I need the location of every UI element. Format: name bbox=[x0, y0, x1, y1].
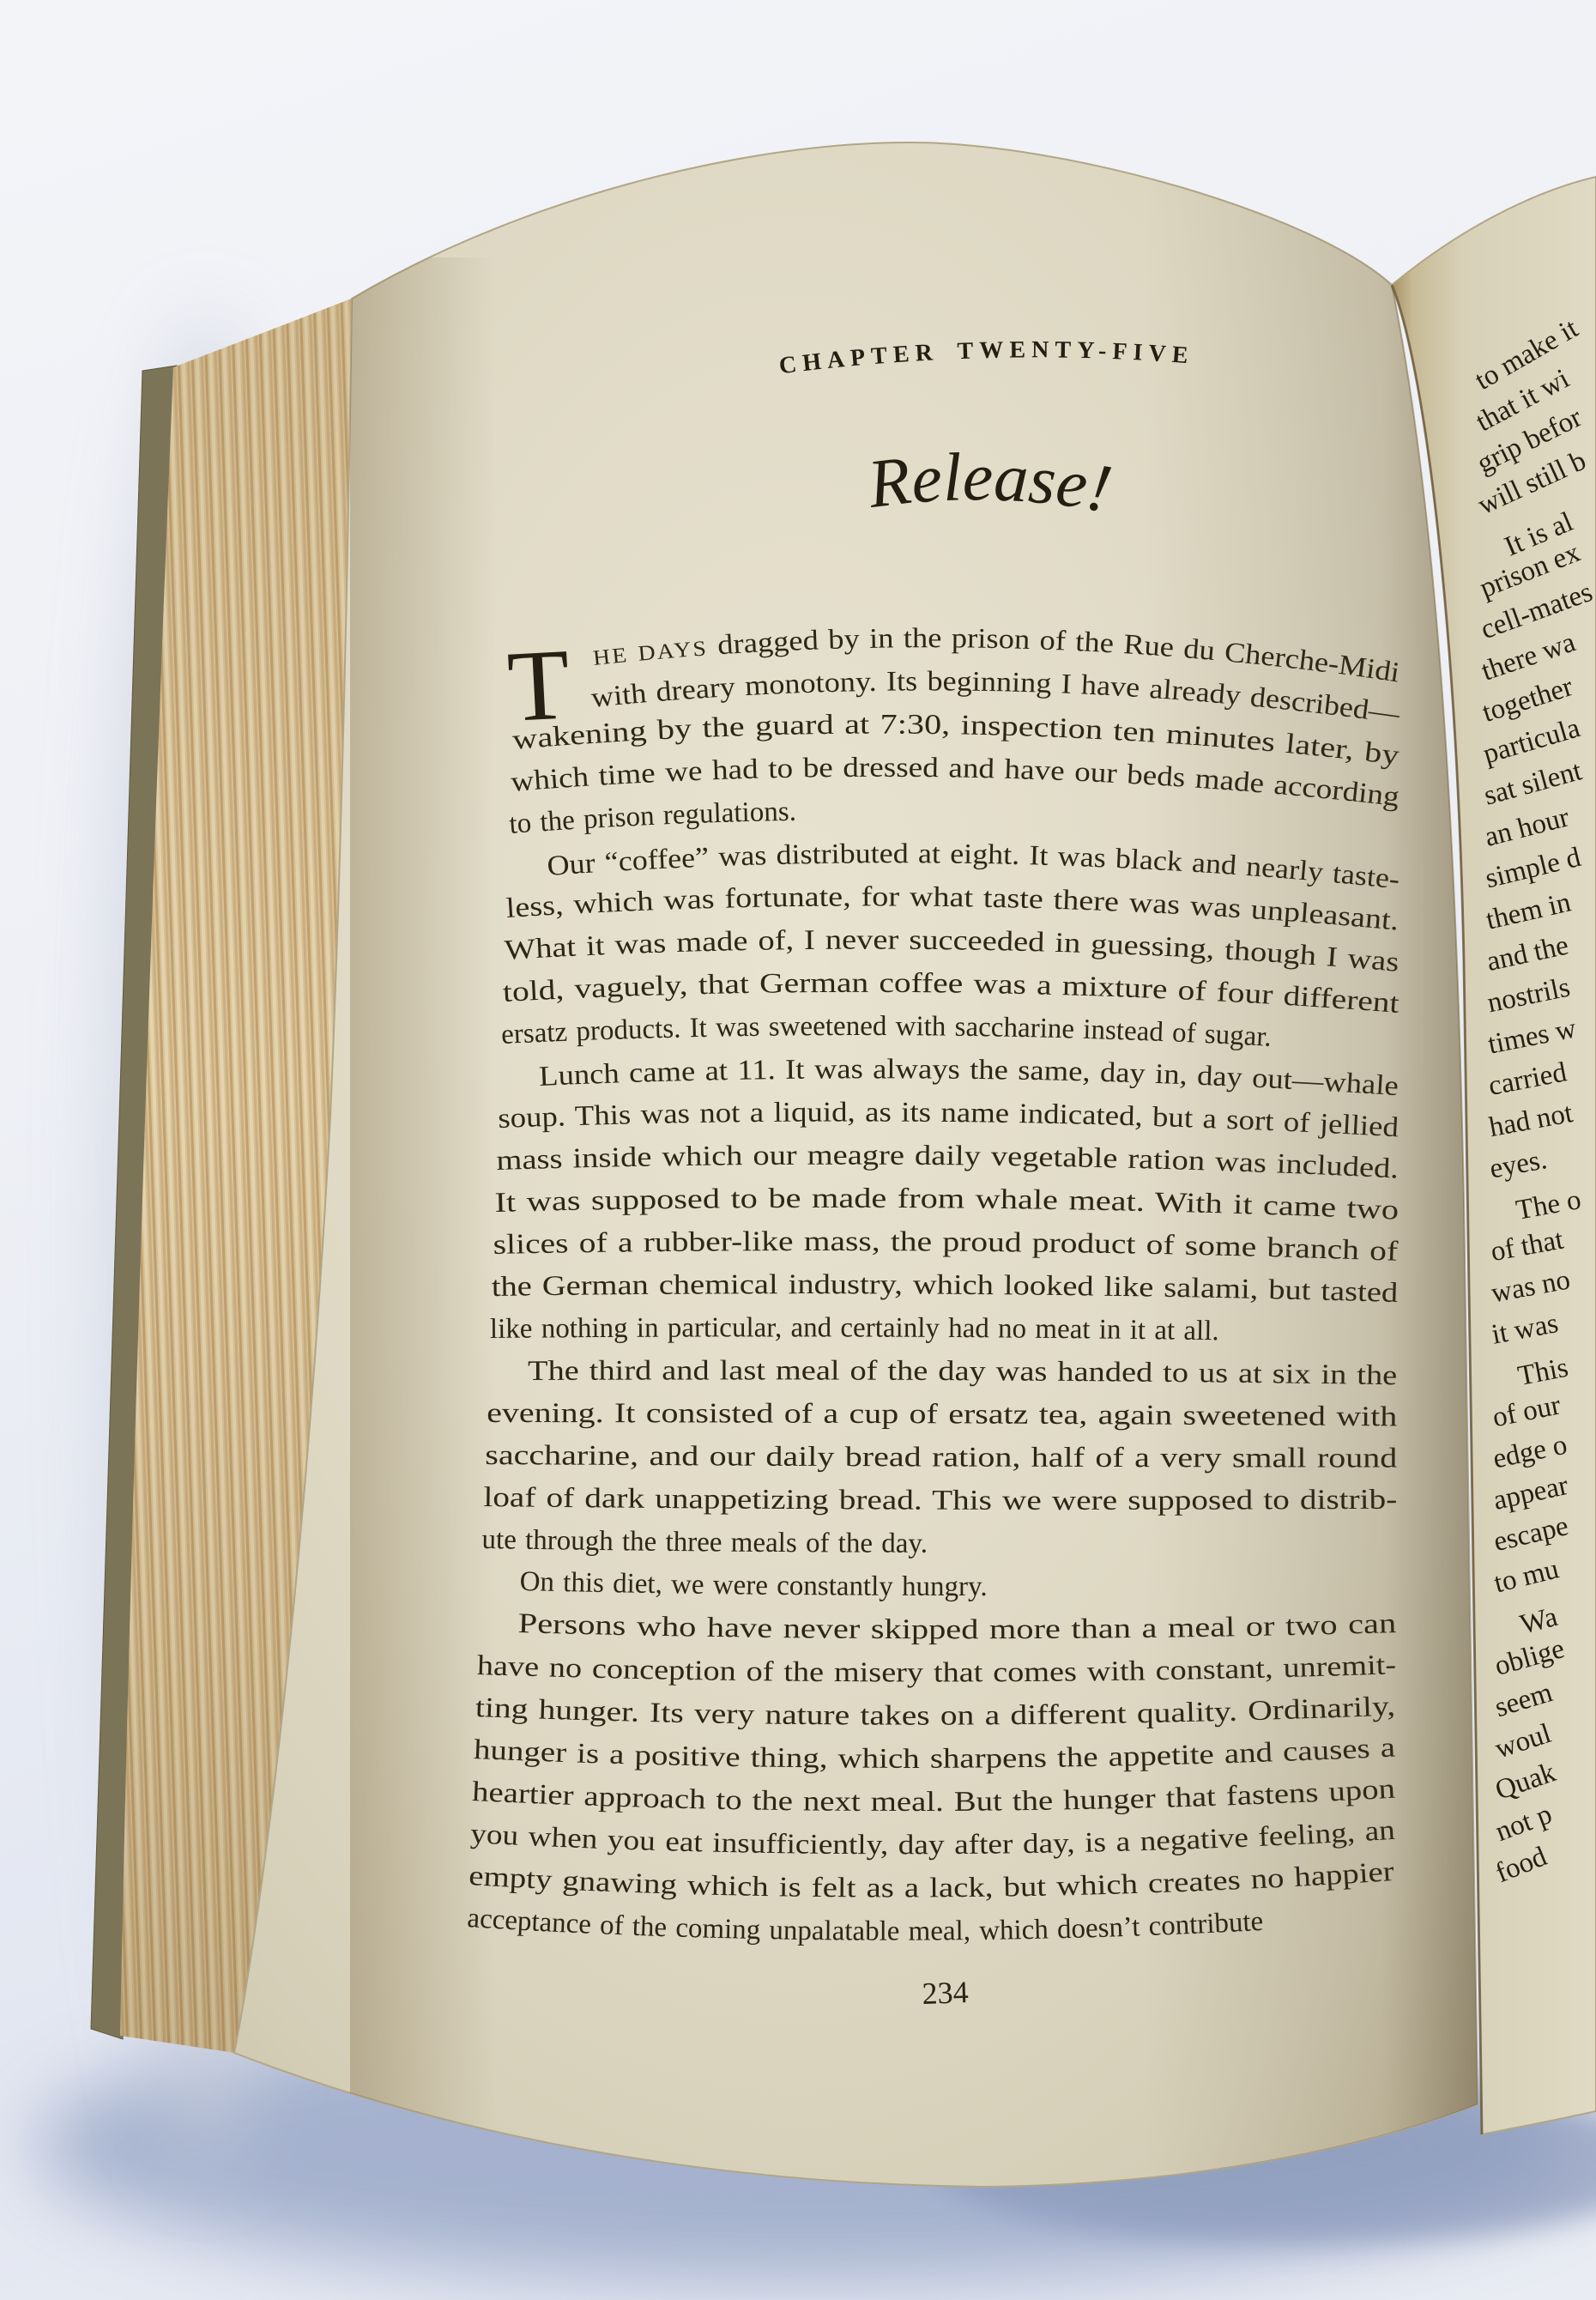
body-text-line: like nothing in particular, and certainl… bbox=[490, 1312, 1219, 1347]
page-number: 234 bbox=[922, 1975, 969, 2011]
book-photo: CHAPTER TWENTY-FIVE Release! T HE DAYS d… bbox=[0, 0, 1596, 2300]
body-text-line: On this diet, we were constantly hungry. bbox=[519, 1566, 987, 1602]
chapter-title: Release! bbox=[863, 439, 1117, 527]
body-text-line: ute through the three meals of the day. bbox=[481, 1524, 928, 1559]
open-book: CHAPTER TWENTY-FIVE Release! T HE DAYS d… bbox=[0, 0, 1596, 2300]
